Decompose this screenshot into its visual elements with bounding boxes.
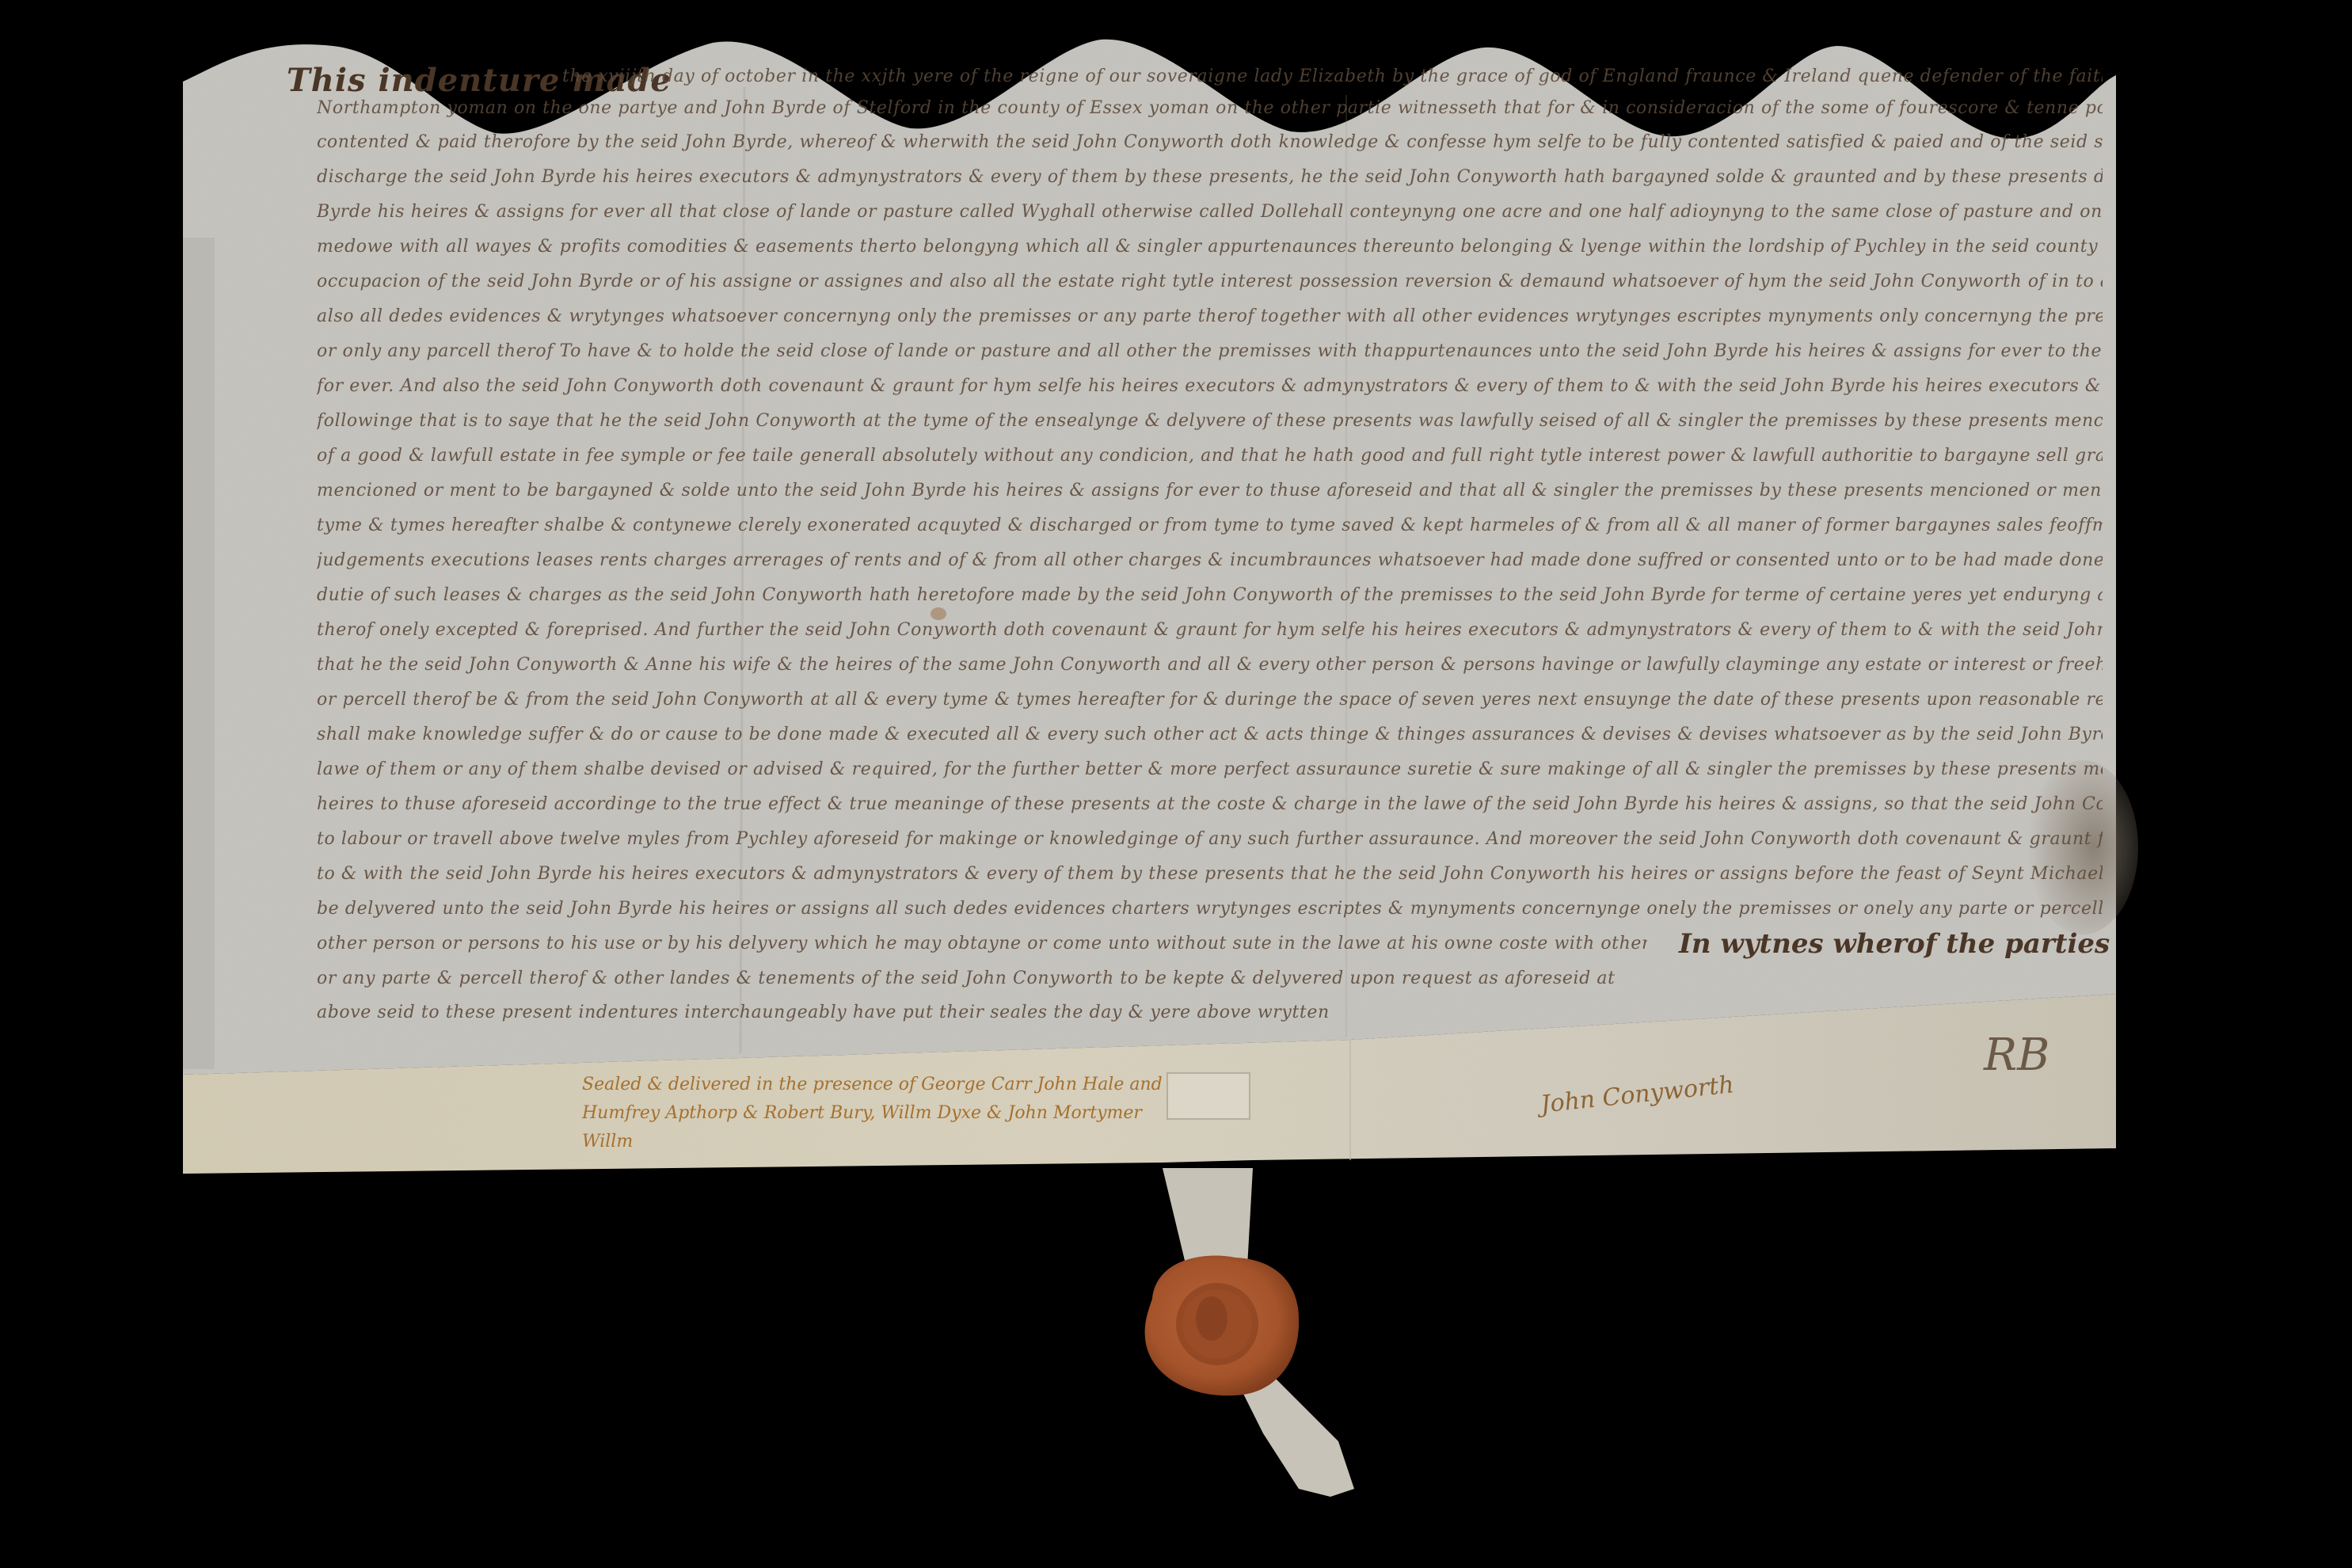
text-line: to & with the seid John Byrde his heires… (317, 861, 2103, 888)
document-photo: This indenture made the xviijth day of o… (0, 0, 2352, 1568)
wax-seal (1145, 1256, 1299, 1396)
text-line: or only any parcell therof To have & to … (317, 338, 2103, 365)
closing-phrase: In wytnes wherof the parties (1679, 928, 2110, 960)
text-line: Northampton yoman on the one partye and … (317, 95, 2103, 122)
text-line: for ever. And also the seid John Conywor… (317, 373, 2103, 400)
text-line: that he the seid John Conyworth & Anne h… (317, 652, 2103, 679)
text-line: or percell therof be & from the seid Joh… (317, 687, 2103, 714)
endorsement-line: Willm (582, 1128, 633, 1156)
text-line: medowe with all wayes & profits comoditi… (317, 234, 2103, 261)
text-line: discharge the seid John Byrde his heires… (317, 164, 2103, 191)
text-line: also all dedes evidences & wrytynges wha… (317, 303, 2103, 330)
text-line: mencioned or ment to be bargayned & sold… (317, 478, 2103, 504)
text-line: lawe of them or any of them shalbe devis… (317, 756, 2103, 783)
text-line: be delyvered unto the seid John Byrde hi… (317, 896, 2103, 923)
endorsement-line: Humfrey Apthorp & Robert Bury, Willm Dyx… (582, 1099, 1142, 1128)
text-line: dutie of such leases & charges as the se… (317, 582, 2103, 609)
text-line: above seid to these present indentures i… (317, 999, 1425, 1026)
endorsement-line: Sealed & delivered in the presence of Ge… (582, 1071, 1163, 1099)
text-line: judgements executions leases rents charg… (317, 547, 2103, 574)
text-line: tyme & tymes hereafter shalbe & contynew… (317, 512, 2103, 539)
text-line: to labour or travell above twelve myles … (317, 826, 2103, 853)
text-line: contented & paid therofore by the seid J… (317, 129, 2103, 156)
seal-slot (1167, 1073, 1250, 1119)
text-line: heires to thuse aforeseid accordinge to … (317, 791, 2103, 818)
text-line: followinge that is to saye that he the s… (317, 408, 2103, 435)
text-line: therof onely excepted & foreprised. And … (317, 617, 2103, 644)
text-line: occupacion of the seid John Byrde or of … (317, 268, 2103, 295)
text-line: Byrde his heires & assigns for ever all … (317, 199, 2103, 226)
monogram: RB (1984, 1029, 2049, 1081)
text-line: the xviijth day of october in the xxjth … (562, 63, 2103, 90)
text-line: shall make knowledge suffer & do or caus… (317, 721, 2103, 748)
text-line: of a good & lawfull estate in fee symple… (317, 443, 2103, 470)
text-line: or any parte & percell therof & other la… (317, 965, 1616, 992)
text-line: other person or persons to his use or by… (317, 931, 1647, 957)
